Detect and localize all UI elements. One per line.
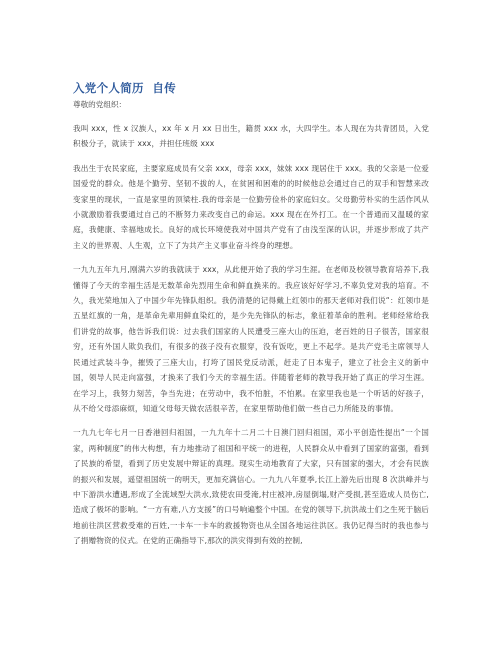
document-content: 入党个人简历 自传 尊敬的党组织： 我叫 xxx，性 x 汉族人，xx 年 x … <box>73 81 429 558</box>
paragraph-intro: 我叫 xxx，性 x 汉族人，xx 年 x 月 xx 日出生，籍贯 xxx 水，… <box>73 121 429 152</box>
paragraph-family: 我出生于农民家庭，主要家庭成员有父亲 xxx，母亲 xxx，妹妹 xxx 现居住… <box>73 161 429 253</box>
paragraph-history: 一九九七年七月一日香港回归祖国，一九九年十二月二十日澳门回归祖国，邓小平创造性提… <box>73 425 429 548</box>
document-page: 入党个人简历 自传 尊敬的党组织： 我叫 xxx，性 x 汉族人，xx 年 x … <box>0 0 500 647</box>
salutation: 尊敬的党组织： <box>73 99 429 111</box>
paragraph-school: 一九九五年九月,刚满六岁的我就读于 xxx，从此便开始了我的学习生涯。在老师及校… <box>73 262 429 416</box>
document-title: 入党个人简历 自传 <box>73 81 429 95</box>
